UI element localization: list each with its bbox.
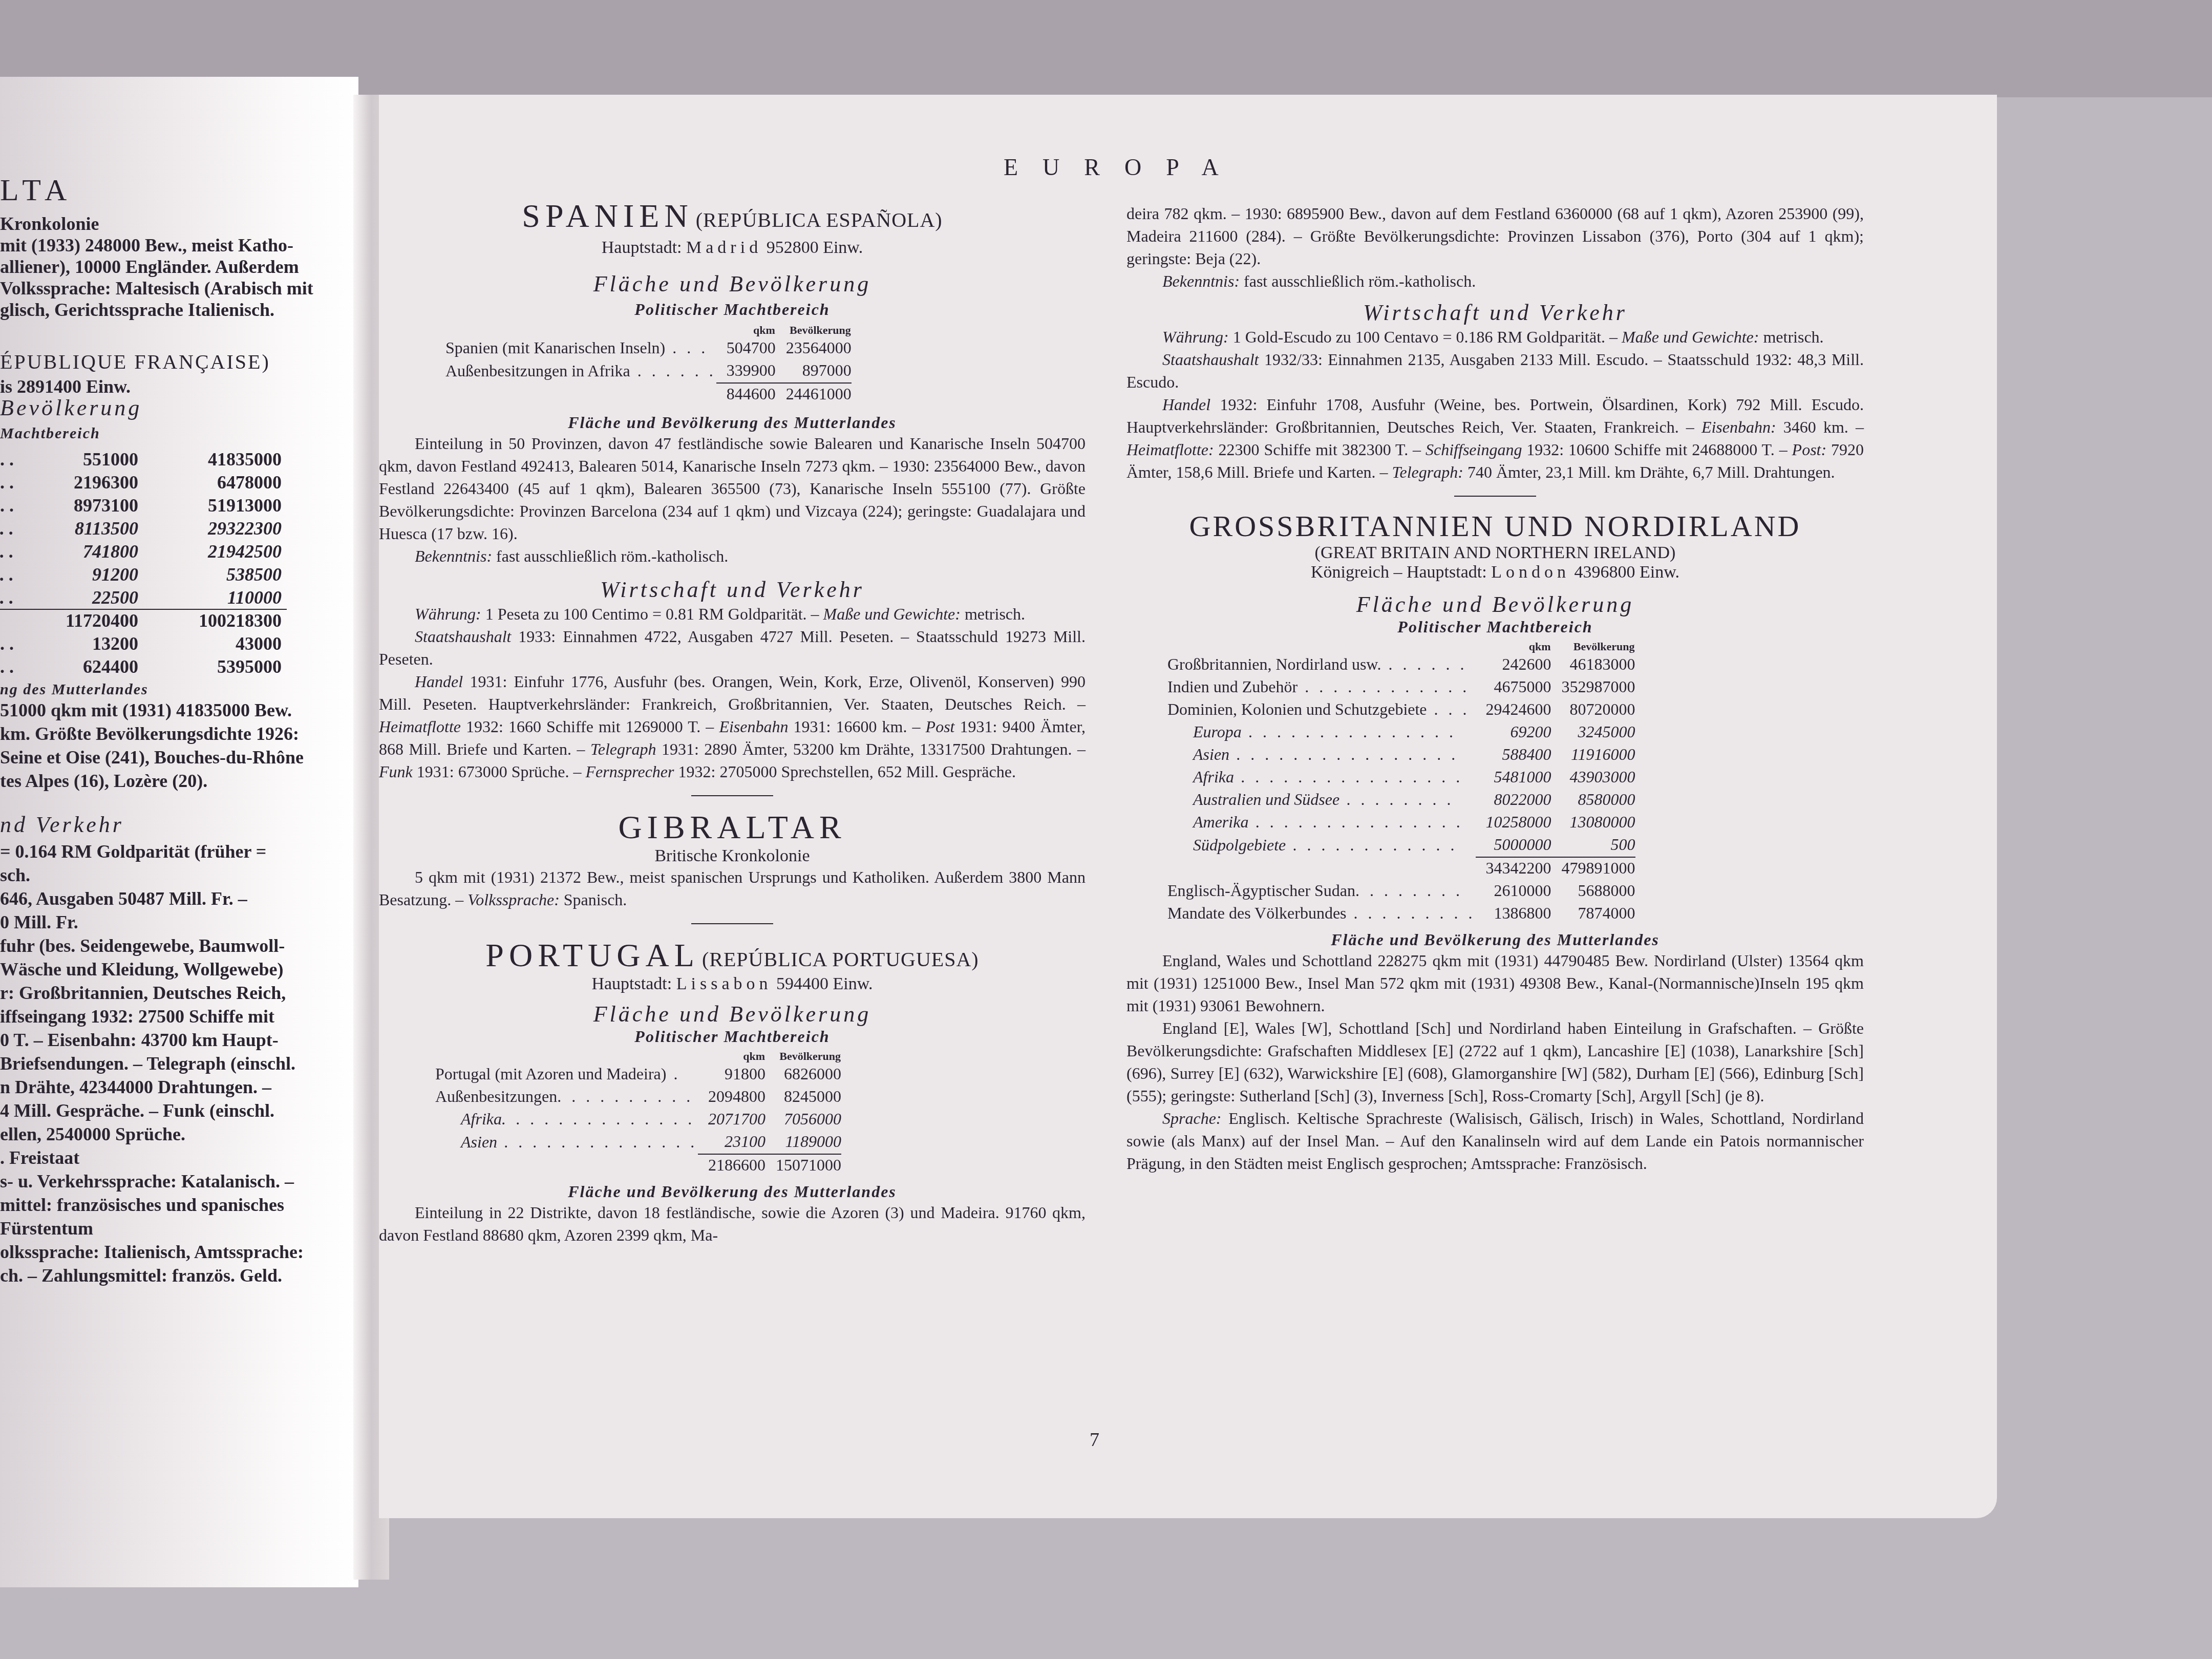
left-page-line: 4 Mill. Gespräche. – Funk (einschl. xyxy=(0,1100,274,1121)
table-total-row: 84460024461000 xyxy=(445,383,852,406)
left-page: LTAKronkolonie mit (1933) 248000 Bew., m… xyxy=(0,77,358,1587)
left-page-line: Fürstentum xyxy=(0,1218,93,1239)
left-page-line: Machtbereich xyxy=(0,423,100,444)
table-total-row: 34342200479891000 xyxy=(1167,857,1635,880)
portugal-section-sub: Politischer Machtbereich xyxy=(379,1027,1086,1046)
spanien-waehrung: Währung: 1 Peseta zu 100 Centimo = 0.81 … xyxy=(379,603,1086,625)
left-page-line: 551000 xyxy=(51,449,138,470)
left-page-line: . . xyxy=(0,587,14,608)
left-page-line: 646, Ausgaben 50487 Mill. Fr. – xyxy=(0,888,247,909)
table-row: Außenbesitzungen. . . . . . . . . .20948… xyxy=(435,1086,841,1109)
gb-sprache: Sprache: Englisch. Keltische Sprachreste… xyxy=(1126,1107,1864,1175)
left-page-line: 6478000 xyxy=(179,472,282,493)
gb-mutterland-text-2: England [E], Wales [W], Schottland [Sch]… xyxy=(1126,1017,1864,1107)
left-page-line: ellen, 2540000 Sprüche. xyxy=(0,1123,185,1145)
section-divider xyxy=(691,795,773,796)
left-page-line: . . xyxy=(0,541,14,562)
table-row: Spanien (mit Kanarischen Inseln) . . .50… xyxy=(445,337,852,360)
left-page-line: 624400 xyxy=(51,656,138,677)
left-page-line: glisch, Gerichtssprache Italienisch. xyxy=(0,299,274,321)
gibraltar-subtitle: Britische Kronkolonie xyxy=(379,846,1086,866)
portugal-title: PORTUGAL (REPÚBLICA PORTUGUESA) xyxy=(379,937,1086,974)
left-page-line: 13200 xyxy=(51,633,138,654)
spanien-handel: Handel 1931: Einfuhr 1776, Ausfuhr (bes.… xyxy=(379,670,1086,783)
left-page-line: mittel: französisches und spanisches xyxy=(0,1194,284,1216)
table-row: Afrika. . . . . . . . . . . . . .2071700… xyxy=(435,1109,841,1131)
left-page-line: n Drähte, 42344000 Drahtungen. – xyxy=(0,1076,271,1098)
section-divider xyxy=(1454,496,1536,497)
gb-capital: Königreich – Hauptstadt: London 4396800 … xyxy=(1126,563,1864,582)
left-page-line: Briefsendungen. – Telegraph (einschl. xyxy=(0,1053,295,1074)
left-page-line: nd Verkehr xyxy=(0,814,124,836)
left-page-line: Seine et Oise (241), Bouches-du-Rhône xyxy=(0,747,304,768)
left-page-line: fuhr (bes. Seidengewebe, Baumwoll- xyxy=(0,935,285,956)
page-number: 7 xyxy=(1090,1429,1099,1451)
left-page-line: . . xyxy=(0,495,14,516)
spanien-mutterland-text: Einteilung in 50 Provinzen, davon 47 fes… xyxy=(379,432,1086,545)
left-page-line: iffseingang 1932: 27500 Schiffe mit xyxy=(0,1006,274,1027)
table-row: Außenbesitzungen in Afrika . . . . . .33… xyxy=(445,360,852,383)
table-row: Mandate des Völkerbundes . . . . . . . .… xyxy=(1167,903,1635,925)
table-row: Südpolgebiete . . . . . . . . . . . .500… xyxy=(1167,834,1635,857)
gibraltar-text: 5 qkm mit (1931) 21372 Bew., meist spani… xyxy=(379,866,1086,911)
left-page-line: 538500 xyxy=(179,564,282,585)
running-head: EUROPA xyxy=(1004,154,1243,181)
left-page-line: 8113500 xyxy=(51,518,138,539)
column-middle: SPANIEN (REPÚBLICA ESPAÑOLA) Hauptstadt:… xyxy=(379,197,1086,1246)
spanien-area-table: qkmBevölkerung Spanien (mit Kanarischen … xyxy=(445,323,852,406)
left-page-line: ng des Mutterlandes xyxy=(0,679,148,700)
gb-mutterland-heading: Fläche und Bevölkerung des Mutterlandes xyxy=(1126,930,1864,949)
left-page-line: 41835000 xyxy=(179,449,282,470)
table-row: Großbritannien, Nordirland usw. . . . . … xyxy=(1167,654,1635,676)
table-total-row: 218660015071000 xyxy=(435,1154,841,1177)
left-page-line: . Freistaat xyxy=(0,1147,79,1168)
left-page-line: 11720400 xyxy=(51,610,138,631)
column-right: deira 782 qkm. – 1930: 6895900 Bew., dav… xyxy=(1126,202,1864,1175)
gb-section-area: Fläche und Bevölkerung xyxy=(1126,591,1864,618)
table-row: Europa . . . . . . . . . . . . . . .6920… xyxy=(1167,721,1635,744)
left-page-line: km. Größte Bevölkerungsdichte 1926: xyxy=(0,723,299,745)
left-page-line: 0 Mill. Fr. xyxy=(0,911,78,933)
left-page-line: ch. – Zahlungsmittel: französ. Geld. xyxy=(0,1265,282,1286)
portugal-mutterland-text-b: deira 782 qkm. – 1930: 6895900 Bew., dav… xyxy=(1126,202,1864,270)
table-row: Dominien, Kolonien und Schutzgebiete . .… xyxy=(1167,699,1635,721)
left-page-line: 43000 xyxy=(179,633,282,654)
left-page-line: . . xyxy=(0,449,14,470)
left-page-line: 741800 xyxy=(51,541,138,562)
spanien-mutterland-heading: Fläche und Bevölkerung des Mutterlandes xyxy=(379,413,1086,432)
left-page-line: 100218300 xyxy=(179,610,282,631)
table-row: Asien . . . . . . . . . . . . . . . .588… xyxy=(1167,744,1635,767)
left-page-line: Wäsche und Kleidung, Wollgewebe) xyxy=(0,959,283,980)
left-page-line: 51913000 xyxy=(179,495,282,516)
left-page-line: 110000 xyxy=(179,587,282,608)
left-page-line: . . xyxy=(0,518,14,539)
left-page-line: mit (1933) 248000 Bew., meist Katho- xyxy=(0,235,293,256)
spanien-staatshaushalt: Staatshaushalt 1933: Einnahmen 4722, Aus… xyxy=(379,625,1086,670)
portugal-mutterland-text-a: Einteilung in 22 Distrikte, davon 18 fes… xyxy=(379,1201,1086,1246)
left-page-line: r: Großbritannien, Deutsches Reich, xyxy=(0,982,286,1004)
portugal-handel: Handel 1932: Einfuhr 1708, Ausfuhr (Wein… xyxy=(1126,393,1864,483)
left-page-line: 8973100 xyxy=(51,495,138,516)
left-page-line: 51000 qkm mit (1931) 41835000 Bew. xyxy=(0,699,292,721)
left-page-line: is 2891400 Einw. xyxy=(0,376,131,397)
left-page-line: 22500 xyxy=(51,587,138,608)
left-page-line: ÉPUBLIQUE FRANÇAISE) xyxy=(0,351,270,373)
spanien-section-economy: Wirtschaft und Verkehr xyxy=(379,577,1086,603)
left-page-line: 5395000 xyxy=(179,656,282,677)
gb-mutterland-text-1: England, Wales und Schottland 228275 qkm… xyxy=(1126,949,1864,1017)
portugal-section-economy: Wirtschaft und Verkehr xyxy=(1126,300,1864,326)
spanien-title: SPANIEN (REPÚBLICA ESPAÑOLA) xyxy=(379,197,1086,235)
table-row: Portugal (mit Azoren und Madeira) .91800… xyxy=(435,1064,841,1086)
table-row: Asien . . . . . . . . . . . . . .2310011… xyxy=(435,1131,841,1154)
table-row: Indien und Zubehör . . . . . . . . . . .… xyxy=(1167,676,1635,699)
table-row: Englisch-Ägyptischer Sudan. . . . . . . … xyxy=(1167,880,1635,903)
left-page-line: Kronkolonie xyxy=(0,213,99,235)
left-page-line: s- u. Verkehrssprache: Katalanisch. – xyxy=(0,1171,294,1192)
left-page-line: . . xyxy=(0,564,14,585)
gb-title-sub: (GREAT BRITAIN AND NORTHERN IRELAND) xyxy=(1126,543,1864,563)
portugal-mutterland-heading: Fläche und Bevölkerung des Mutterlandes xyxy=(379,1182,1086,1201)
table-row: Afrika . . . . . . . . . . . . . . . .54… xyxy=(1167,767,1635,789)
table-row: Amerika . . . . . . . . . . . . . . .102… xyxy=(1167,812,1635,834)
portugal-area-table: qkmBevölkerung Portugal (mit Azoren und … xyxy=(435,1049,841,1177)
left-page-line: LTA xyxy=(0,179,73,201)
portugal-bekenntnis: Bekenntnis: fast ausschließlich röm.-kat… xyxy=(1126,270,1864,292)
gb-area-table: qkmBevölkerung Großbritannien, Nordirlan… xyxy=(1167,640,1635,925)
left-page-line: sch. xyxy=(0,864,30,886)
left-page-line: = 0.164 RM Goldparität (früher = xyxy=(0,841,266,862)
left-page-line: tes Alpes (16), Lozère (20). xyxy=(0,770,207,792)
left-page-line: 21942500 xyxy=(179,541,282,562)
left-page-line: Bevölkerung xyxy=(0,397,142,419)
spanien-section-area: Fläche und Bevölkerung xyxy=(379,271,1086,297)
gibraltar-title: GIBRALTAR xyxy=(379,809,1086,846)
gb-section-sub: Politischer Machtbereich xyxy=(1126,618,1864,636)
left-page-line: Volkssprache: Maltesisch (Arabisch mit xyxy=(0,278,313,299)
section-divider xyxy=(691,923,773,924)
left-page-line: 2196300 xyxy=(51,472,138,493)
portugal-waehrung: Währung: 1 Gold-Escudo zu 100 Centavo = … xyxy=(1126,326,1864,348)
left-page-line: 91200 xyxy=(51,564,138,585)
left-page-line: olkssprache: Italienisch, Amtssprache: xyxy=(0,1241,304,1263)
left-page-line: 29322300 xyxy=(179,518,282,539)
portugal-staatshaushalt: Staatshaushalt 1932/33: Einnahmen 2135, … xyxy=(1126,348,1864,393)
left-page-line: alliener), 10000 Engländer. Außerdem xyxy=(0,256,299,278)
left-page-line: . . xyxy=(0,633,14,654)
left-page-line: 0 T. – Eisenbahn: 43700 km Haupt- xyxy=(0,1029,279,1051)
portugal-capital: Hauptstadt: Lissabon 594400 Einw. xyxy=(379,974,1086,994)
gb-title: GROSSBRITANNIEN UND NORDIRLAND xyxy=(1126,509,1864,543)
portugal-section-area: Fläche und Bevölkerung xyxy=(379,1001,1086,1027)
left-page-line: . . xyxy=(0,656,14,677)
spanien-bekenntnis: Bekenntnis: fast ausschließlich röm.-kat… xyxy=(379,545,1086,567)
left-page-line: . . xyxy=(0,472,14,493)
table-row: Australien und Südsee . . . . . . . .802… xyxy=(1167,789,1635,812)
spanien-capital: Hauptstadt: Madrid 952800 Einw. xyxy=(379,238,1086,258)
spanien-section-sub: Politischer Machtbereich xyxy=(379,300,1086,319)
